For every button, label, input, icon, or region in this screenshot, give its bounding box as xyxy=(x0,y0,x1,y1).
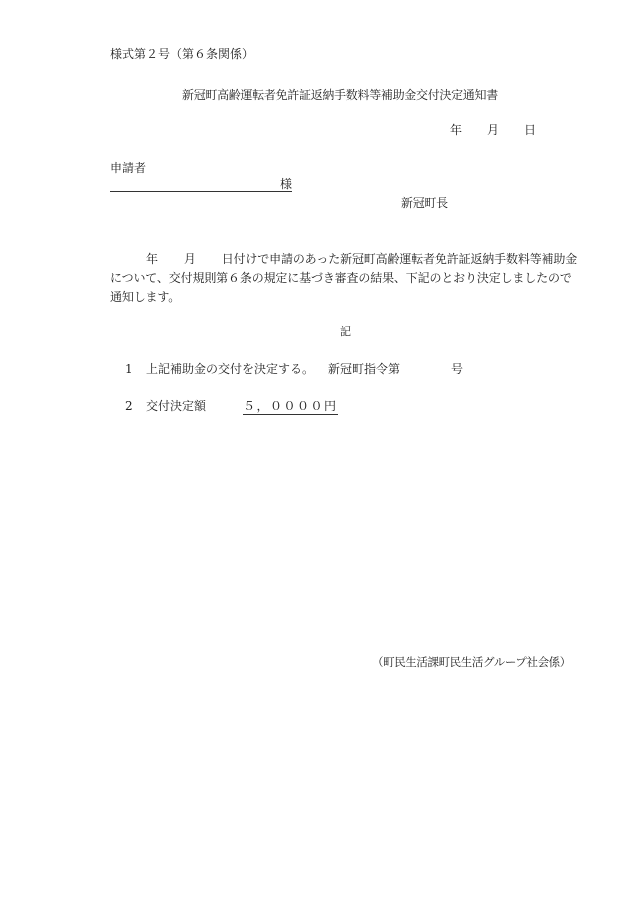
item-1-text: 上記補助金の交付を決定する。 xyxy=(146,363,314,375)
applicant-honorific: 様 xyxy=(280,178,292,190)
item-2-number: 2 xyxy=(125,400,133,412)
applicant-label: 申請者 xyxy=(110,162,146,174)
date-month-label: 月 xyxy=(487,124,499,136)
applicant-name-line xyxy=(110,191,292,192)
item-1-order-suffix: 号 xyxy=(451,363,463,375)
body-line-1-rest: 日付けで申請のあった新冠町高齢運転者免許証返納手数料等補助金 xyxy=(222,252,577,266)
document-title: 新冠町高齢運転者免許証返納手数料等補助金交付決定通知書 xyxy=(182,89,498,101)
item-1-number: 1 xyxy=(125,363,133,375)
body-line-1: 年月日付けで申請のあった新冠町高齢運転者免許証返納手数料等補助金 xyxy=(110,250,588,269)
body-year-label: 年 xyxy=(146,252,158,266)
department-footer: （町民生活課町民生活グループ社会係） xyxy=(372,657,571,669)
ki-heading: 記 xyxy=(340,326,351,337)
body-line-3: 通知します。 xyxy=(110,288,588,307)
date-day-label: 日 xyxy=(524,124,536,136)
item-2-text: 交付決定額 xyxy=(146,400,206,412)
date-year-label: 年 xyxy=(450,124,462,136)
body-month-label: 月 xyxy=(184,252,196,266)
form-number: 様式第２号（第６条関係） xyxy=(110,48,254,60)
item-1-order-label: 新冠町指令第 xyxy=(328,363,400,375)
body-line-2: について、交付規則第６条の規定に基づき審査の結果、下記のとおり決定しましたので xyxy=(110,269,588,288)
body-paragraph: 年月日付けで申請のあった新冠町高齢運転者免許証返納手数料等補助金 について、交付… xyxy=(110,250,588,307)
issuer-name: 新冠町長 xyxy=(401,197,448,209)
grant-amount: ５，００００円 xyxy=(243,400,338,415)
